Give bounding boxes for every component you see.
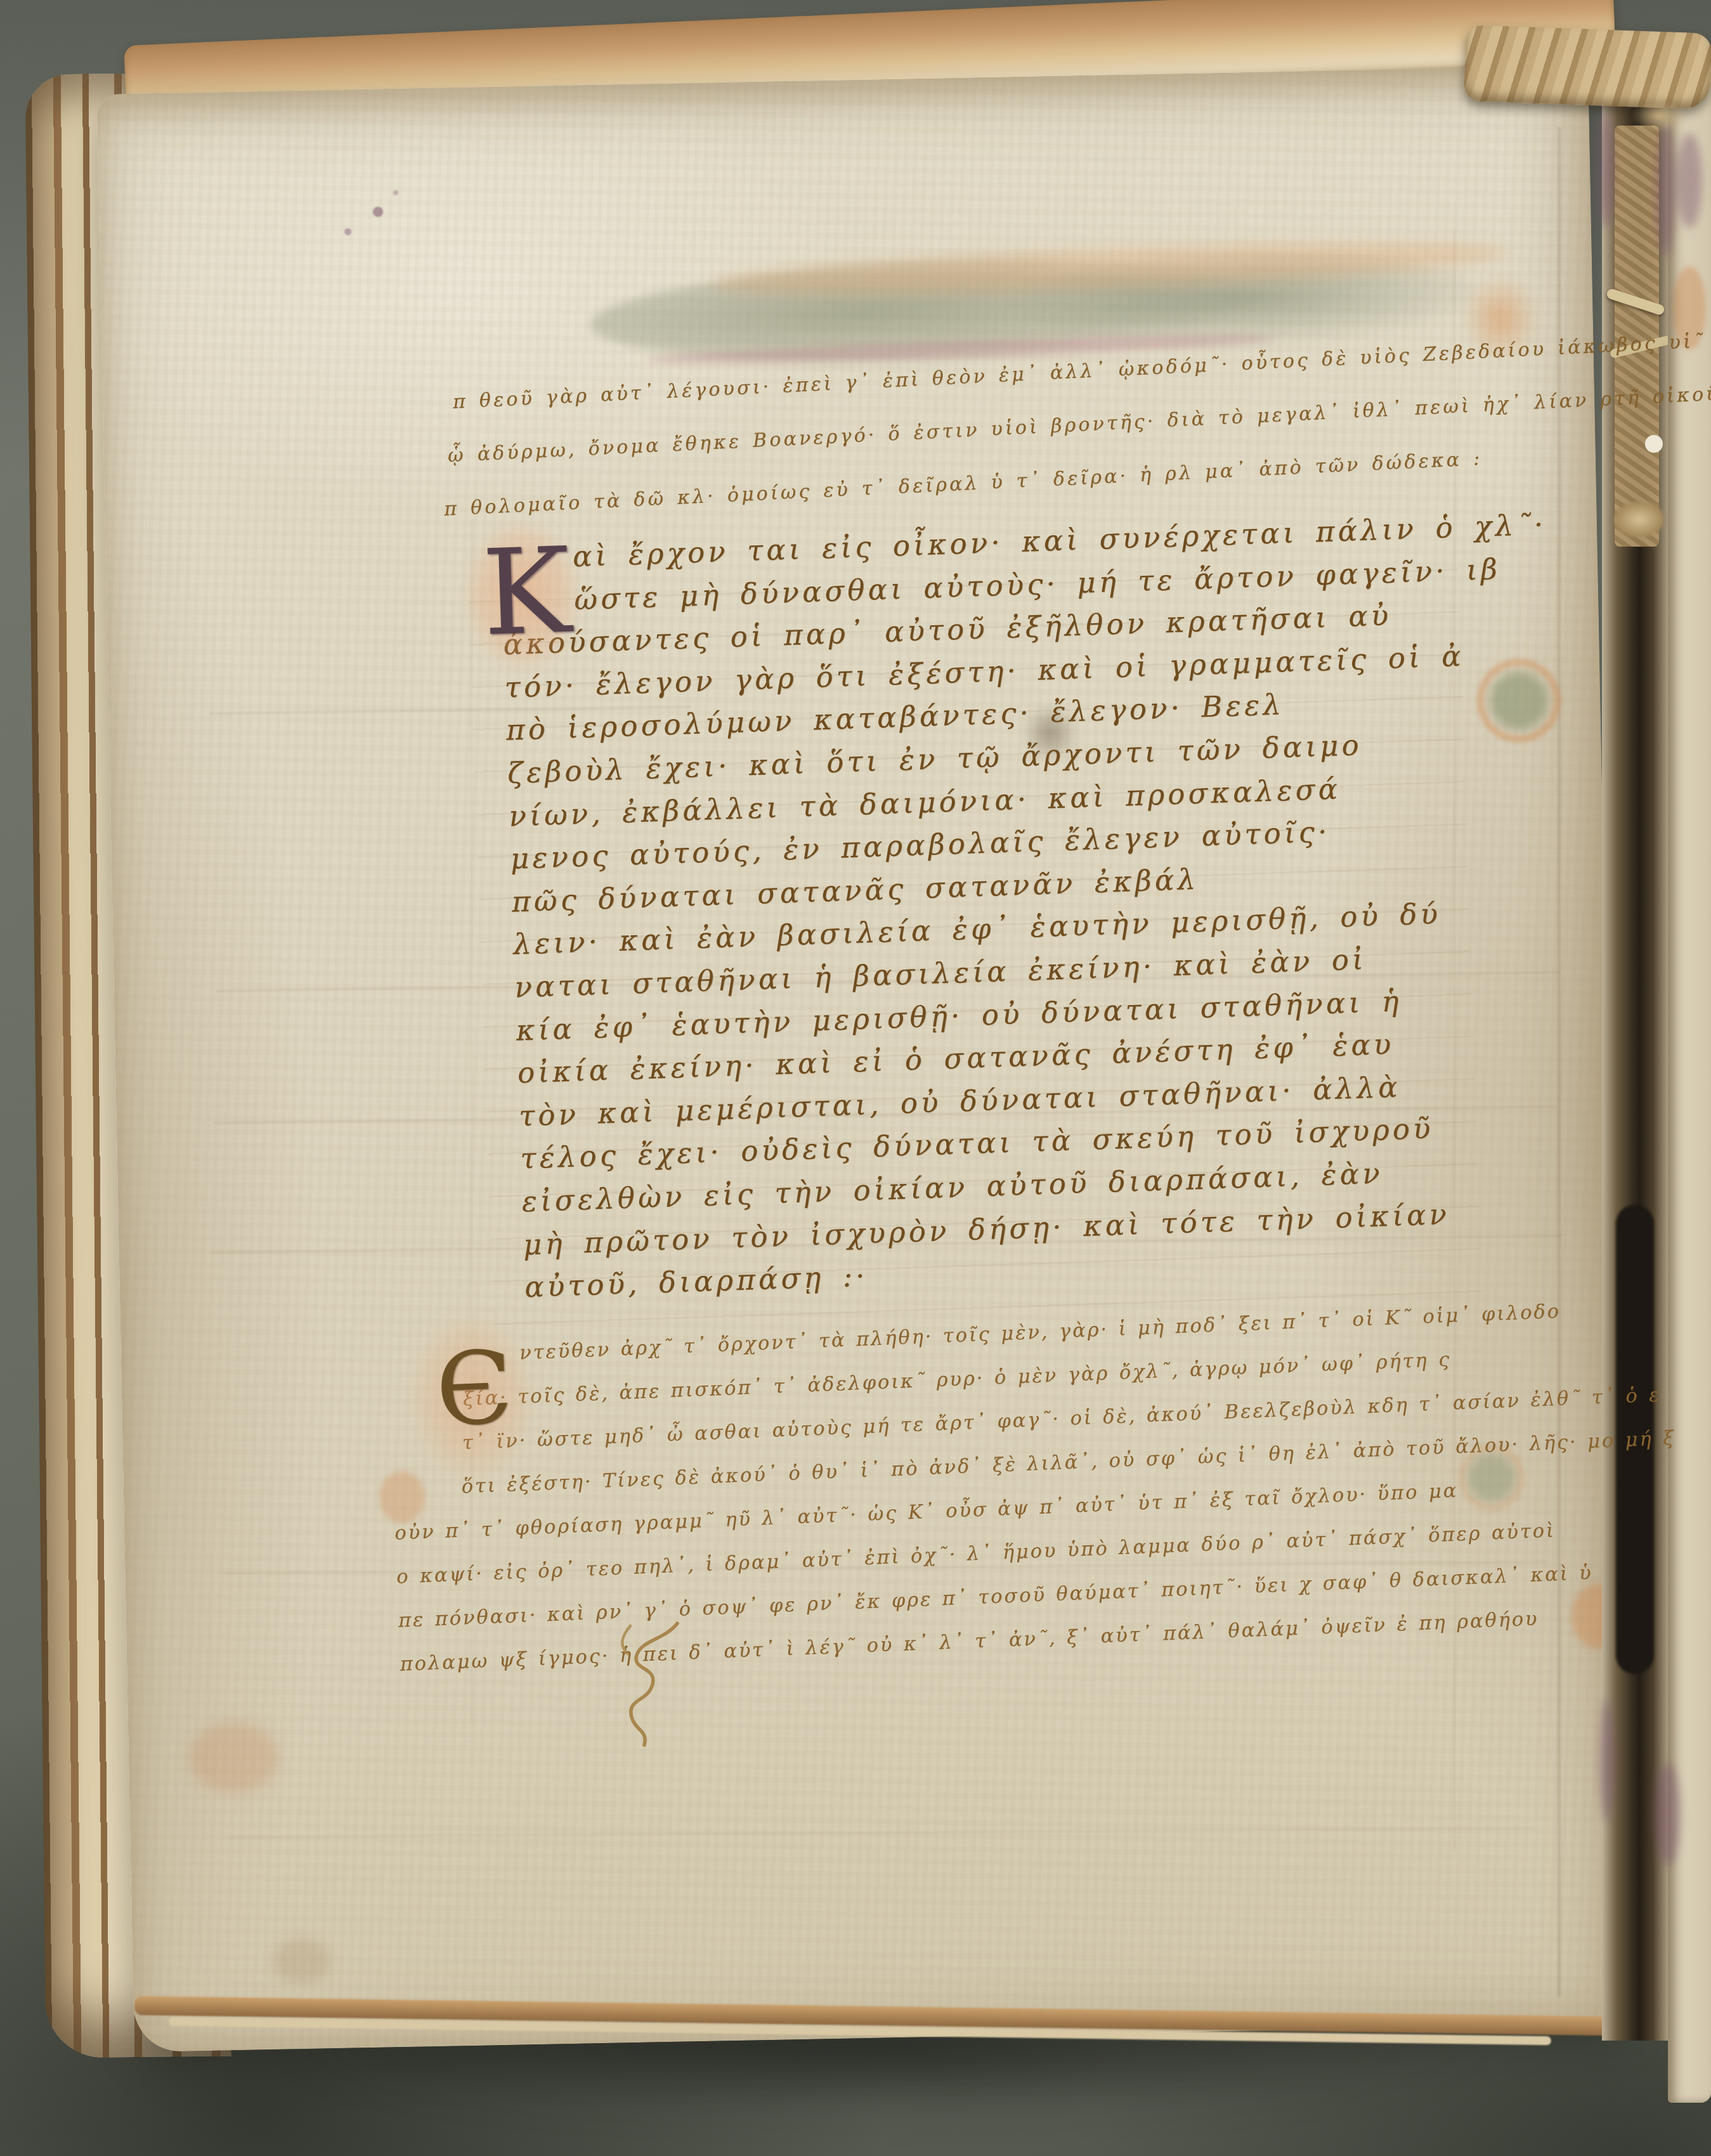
sewing-hole-dot (1645, 435, 1663, 453)
stain-purple-gutter (1599, 1699, 1615, 1821)
stain-purple-gutter (1597, 112, 1615, 228)
thread-knot (1612, 500, 1667, 539)
speck-purple (393, 190, 398, 195)
speck-purple (344, 228, 351, 235)
speck-purple (373, 207, 383, 217)
stain-purple-gutter (1654, 1763, 1681, 1866)
stain-rust-bottom-left (189, 1722, 279, 1793)
gospel-lines: αὶ ἔρχον ται εἰς οἶκον· καὶ συνέρχεται π… (500, 505, 1526, 1309)
gospel-text-block: Κ αὶ ἔρχον ται εἰς οἶκον· καὶ συνέρχεται… (500, 505, 1526, 1309)
stain-purple-gutter (1655, 126, 1675, 256)
initial-kappa: Κ (480, 526, 562, 665)
commentary-lines: ντεῦθεν ἀρχ῀ τ᾽ ὄρχοντ᾽ τὰ πλήθη· τοῖς μ… (387, 1289, 1605, 1687)
commentary-block: Є ντεῦθεν ἀρχ῀ τ᾽ ὄρχοντ᾽ τὰ πλήθη· τοῖς… (387, 1289, 1605, 1687)
pen-flourish (616, 1621, 724, 1754)
stain-purple-facing (1677, 133, 1702, 228)
loose-thread-strand (1621, 94, 1697, 138)
stain-faint-bottom (273, 1938, 331, 1984)
manuscript-photo: π θεοῦ γὰρ αὐτ᾽ λέγουσι· ἐπεὶ γ᾽ ἐπὶ θεὸ… (0, 0, 1711, 2156)
initial-epsilon: Є (433, 1318, 512, 1466)
